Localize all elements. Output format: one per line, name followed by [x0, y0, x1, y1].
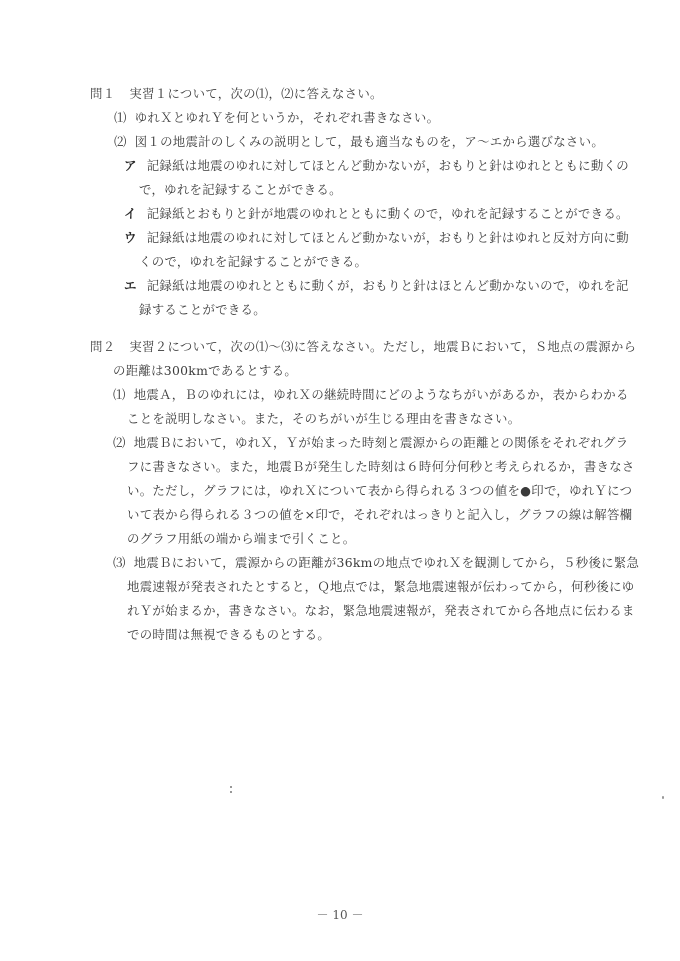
q1-number: 問１: [90, 86, 115, 101]
q2-stem-line1: 実習２について，次の⑴～⑶に答えなさい。ただし，地震Ｂにおいて，Ｓ地点の震源から: [129, 339, 636, 354]
q1-sub1-text: ゆれＸとゆれＹを何というか，それぞれ書きなさい。: [135, 110, 440, 125]
q2-sub2-cont4: のグラフ用紙の端から端まで引くこと。: [127, 531, 355, 547]
choice-e-label: エ: [124, 278, 137, 293]
q2-sub3-cont3: での時間は無視できるものとする。: [127, 627, 330, 643]
q1-sub1-label: ⑴: [114, 110, 127, 125]
q2-sub1-label: ⑴: [113, 387, 126, 402]
choice-e: エ記録紙は地震のゆれとともに動くが，おもりと針はほとんど動かないので，ゆれを記: [124, 278, 629, 294]
choice-u-label: ウ: [124, 230, 137, 245]
q2-sub3-cont2: れＹが始まるか，書きなさい。なお，緊急地震速報が，発表されてから各地点に伝わるま: [127, 603, 635, 619]
q1-sub2-label: ⑵: [114, 134, 127, 149]
choice-e-line1: 記録紙は地震のゆれとともに動くが，おもりと針はほとんど動かないので，ゆれを記: [147, 278, 629, 293]
q2-stem-cont: の距離は300kmであるとする。: [113, 363, 297, 379]
q2-sub2-cont2: い。ただし，グラフには，ゆれＸについて表から得られる３つの値を●印で，ゆれＹにつ: [127, 483, 632, 499]
choice-a-line1: 記録紙は地震のゆれに対してほとんど動かないが，おもりと針はゆれとともに動くの: [147, 158, 629, 173]
scan-speck: [230, 791, 232, 793]
choice-u-line1: 記録紙は地震のゆれに対してほとんど動かないが，おもりと針はゆれと反対方向に動: [147, 230, 629, 245]
q2-sub1-cont: ことを説明しなさい。また，そのちがいが生じる理由を書きなさい。: [127, 411, 520, 427]
q2-sub3: ⑶地震Ｂにおいて，震源からの距離が36kmの地点でゆれＸを観測してから，５秒後に…: [113, 555, 639, 571]
scan-speck: [230, 786, 232, 788]
q1-sub2: ⑵図１の地震計のしくみの説明として，最も適当なものを，ア～エから選びなさい。: [114, 134, 604, 150]
choice-i: イ記録紙とおもりと針が地震のゆれとともに動くので，ゆれを記録することができる。: [124, 206, 629, 222]
q2-sub2: ⑵地震Ｂにおいて，ゆれＸ，Ｙが始まった時刻と震源からの距離との関係をそれぞれグラ: [113, 435, 628, 451]
choice-a-label: ア: [124, 158, 137, 173]
scan-speck: [662, 796, 664, 799]
choice-u-cont: くので，ゆれを記録することができる。: [139, 254, 367, 270]
choice-a: ア記録紙は地震のゆれに対してほとんど動かないが，おもりと針はゆれとともに動くの: [124, 158, 629, 174]
q2-sub1: ⑴地震Ａ，Ｂのゆれには，ゆれＸの継続時間にどのようなちがいがあるか，表からわかる: [113, 387, 629, 403]
exam-page: 問１実習１について，次の⑴，⑵に答えなさい。 ⑴ゆれＸとゆれＹを何というか，それ…: [0, 0, 680, 961]
q2-number: 問２: [90, 339, 115, 354]
q1-sub1: ⑴ゆれＸとゆれＹを何というか，それぞれ書きなさい。: [114, 110, 439, 126]
q1-heading: 問１実習１について，次の⑴，⑵に答えなさい。: [90, 86, 383, 102]
q1-stem: 実習１について，次の⑴，⑵に答えなさい。: [129, 86, 382, 101]
q2-sub2-cont1: フに書きなさい。また，地震Ｂが発生した時刻は６時何分何秒と考えられるか，書きなさ: [127, 459, 635, 475]
q1-sub2-text: 図１の地震計のしくみの説明として，最も適当なものを，ア～エから選びなさい。: [135, 134, 604, 149]
q2-heading: 問２実習２について，次の⑴～⑶に答えなさい。ただし，地震Ｂにおいて，Ｓ地点の震源…: [90, 339, 636, 355]
q2-sub3-label: ⑶: [113, 555, 126, 570]
q2-sub1-line1: 地震Ａ，Ｂのゆれには，ゆれＸの継続時間にどのようなちがいがあるか，表からわかる: [134, 387, 629, 402]
q2-sub3-line1: 地震Ｂにおいて，震源からの距離が36kmの地点でゆれＸを観測してから，５秒後に緊…: [134, 555, 640, 570]
q2-sub2-label: ⑵: [113, 435, 126, 450]
choice-e-cont: 録することができる。: [139, 302, 266, 318]
q2-sub2-cont3: いて表から得られる３つの値を×印で，それぞれはっきりと記入し，グラフの線は解答欄: [127, 507, 632, 523]
page-number: － 10 －: [0, 906, 680, 923]
choice-u: ウ記録紙は地震のゆれに対してほとんど動かないが，おもりと針はゆれと反対方向に動: [124, 230, 629, 246]
choice-i-label: イ: [124, 206, 137, 221]
q2-sub2-line1: 地震Ｂにおいて，ゆれＸ，Ｙが始まった時刻と震源からの距離との関係をそれぞれグラ: [134, 435, 629, 450]
choice-a-cont: で，ゆれを記録することができる。: [139, 182, 342, 198]
q2-sub3-cont1: 地震速報が発表されたとすると，Ｑ地点では，緊急地震速報が伝わってから，何秒後にゆ: [127, 579, 635, 595]
choice-i-line1: 記録紙とおもりと針が地震のゆれとともに動くので，ゆれを記録することができる。: [147, 206, 629, 221]
